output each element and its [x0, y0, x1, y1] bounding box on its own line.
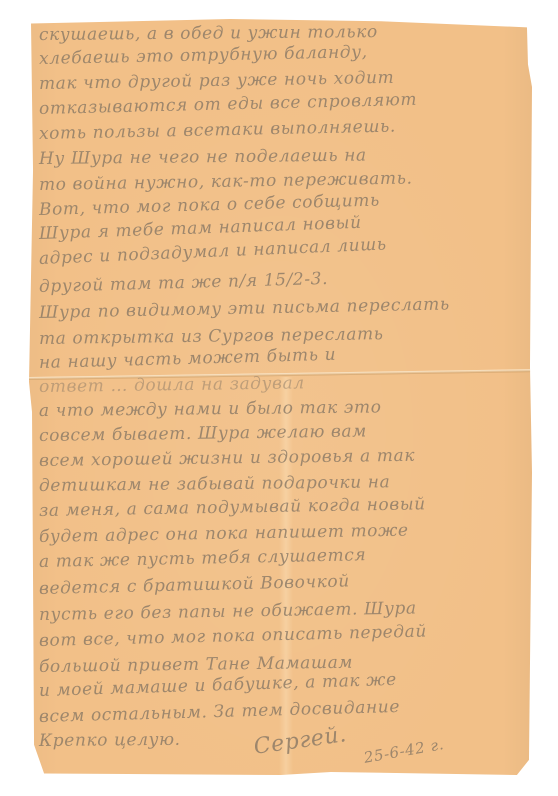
letter-line: на нашу часть может быть и — [39, 345, 337, 373]
letter-line: ведется с братишкой Вовочкой — [39, 571, 350, 599]
letter-line: пусть его без папы не обижает. Шура — [39, 598, 417, 625]
letter-line: так что другой раз уже ночь ходит — [39, 68, 395, 94]
letter-line: Ну Шура не чего не поделаешь на — [39, 146, 367, 169]
letter-date: 25-6-42 г. — [362, 735, 445, 767]
letter-line: Крепко целую. — [39, 730, 181, 751]
letter-line: скушаешь, а в обед и ужин только — [39, 22, 378, 45]
letter-line: хоть пользы а всетаки выполняешь. — [39, 117, 396, 144]
scanned-letter: скушаешь, а в обед и ужин только хлебаеш… — [0, 0, 558, 796]
letter-line: вот все, что мог пока описать передай — [39, 622, 427, 651]
letter-line: всем хорошей жизни и здоровья а так — [39, 446, 415, 471]
letter-paper-sheet: скушаешь, а в обед и ужин только хлебаеш… — [29, 19, 532, 775]
letter-line: будет адрес она пока напишет тоже — [39, 521, 409, 547]
letter-line: совсем бывает. Шура желаю вам — [39, 421, 367, 446]
letter-line: а так же пусть тебя слушается — [39, 545, 367, 572]
letter-line: детишкам не забывай подарочки на — [39, 472, 390, 496]
letter-line: а что между нами и было так это — [39, 397, 382, 421]
letter-line: ответ … дошла на задувал — [39, 373, 305, 397]
letter-line: хлебаешь это отрубную баланду, — [39, 42, 368, 69]
signature: Сергей. — [252, 722, 348, 760]
handwritten-text-body: скушаешь, а в обед и ужин только хлебаеш… — [39, 19, 529, 775]
letter-line: за меня, а сама подумывай когда новый — [39, 494, 426, 521]
letter-line: всем остальным. За тем досвидание — [39, 697, 401, 727]
letter-line: другой там та же п/я 15/2-3. — [39, 269, 329, 297]
letter-line: Шура по видимому эти письма переслать — [39, 294, 450, 323]
letter-line: отказываются от еды все спровляют — [39, 90, 418, 119]
